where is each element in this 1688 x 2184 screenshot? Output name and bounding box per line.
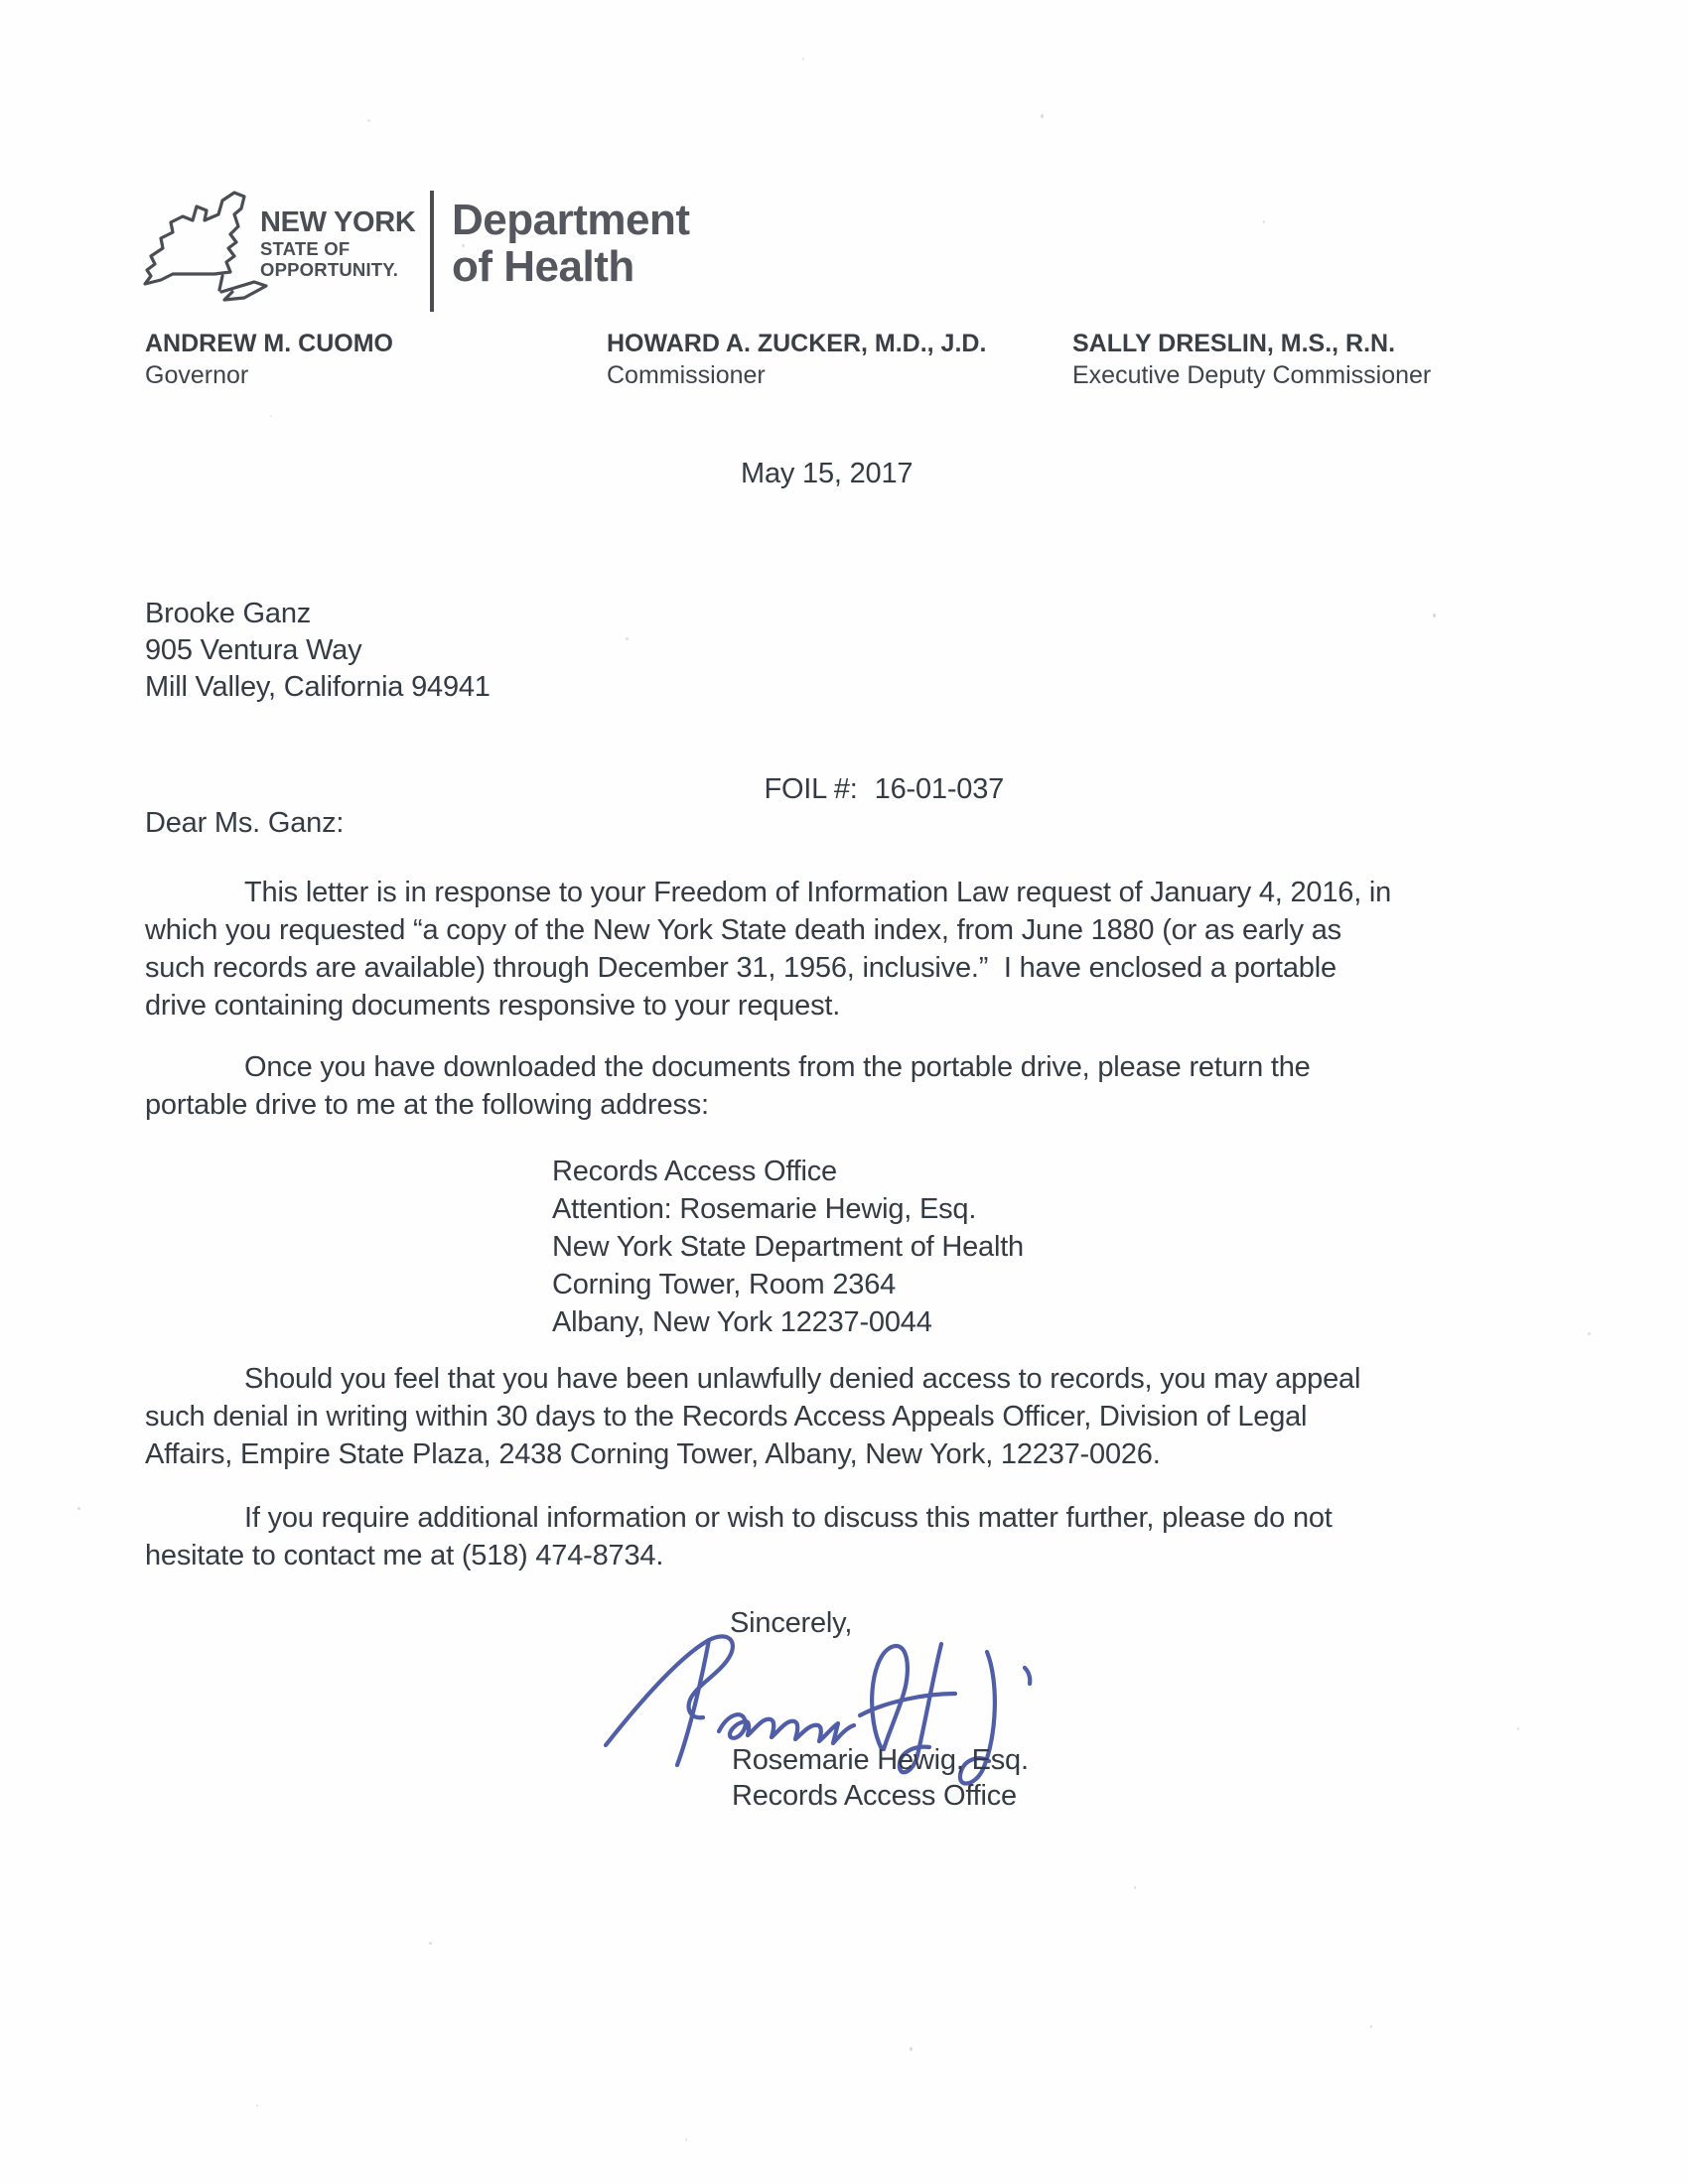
- paragraph-line: hesitate to contact me at (518) 474-8734…: [145, 1537, 1333, 1574]
- return-address-line: New York State Department of Health: [552, 1228, 1024, 1266]
- official-title: Executive Deputy Commissioner: [1072, 359, 1431, 391]
- department-name: Department of Health: [452, 197, 690, 290]
- return-address-line: Albany, New York 12237-0044: [552, 1303, 1024, 1341]
- paragraph-line: Affairs, Empire State Plaza, 2438 Cornin…: [145, 1435, 1360, 1473]
- paragraph-line: Once you have downloaded the documents f…: [145, 1048, 1311, 1086]
- official-name: ANDREW M. CUOMO: [145, 328, 393, 359]
- scanned-letter-page: NEW YORK STATE OF OPPORTUNITY. Departmen…: [0, 0, 1688, 2184]
- return-address-line: Records Access Office: [552, 1153, 1024, 1190]
- official-name: HOWARD A. ZUCKER, M.D., J.D.: [607, 328, 986, 359]
- department-line-1: Department: [452, 197, 690, 243]
- paragraph-line: such records are available) through Dece…: [145, 949, 1391, 987]
- salutation: Dear Ms. Ganz:: [145, 804, 344, 842]
- foil-reference: FOIL #:16-01-037: [733, 733, 1004, 846]
- paragraph-line: Should you feel that you have been unlaw…: [145, 1360, 1360, 1398]
- paragraph-line: which you requested “a copy of the New Y…: [145, 911, 1391, 949]
- foil-reference-number: 16-01-037: [875, 770, 1004, 808]
- recipient-address-block: Brooke Ganz 905 Ventura Way Mill Valley,…: [145, 596, 491, 706]
- paragraph-line: drive containing documents responsive to…: [145, 987, 1391, 1024]
- official-commissioner: HOWARD A. ZUCKER, M.D., J.D. Commissione…: [607, 328, 986, 391]
- letter-date: May 15, 2017: [741, 455, 913, 492]
- return-address-line: Corning Tower, Room 2364: [552, 1266, 1024, 1303]
- foil-reference-label: FOIL #:: [764, 770, 857, 808]
- paragraph-2: Once you have downloaded the documents f…: [145, 1048, 1311, 1124]
- signer-name: Rosemarie Hewig, Esq.: [732, 1741, 1029, 1779]
- wordmark-tagline-2: OPPORTUNITY.: [260, 259, 416, 280]
- recipient-name: Brooke Ganz: [145, 596, 491, 632]
- paragraph-line: If you require additional information or…: [145, 1499, 1333, 1537]
- paragraph-3: Should you feel that you have been unlaw…: [145, 1360, 1360, 1473]
- recipient-city: Mill Valley, California 94941: [145, 669, 491, 706]
- official-governor: ANDREW M. CUOMO Governor: [145, 328, 393, 391]
- official-deputy-commissioner: SALLY DRESLIN, M.S., R.N. Executive Depu…: [1072, 328, 1431, 391]
- paragraph-line: such denial in writing within 30 days to…: [145, 1398, 1360, 1435]
- wordmark-tagline-1: STATE OF: [260, 238, 416, 259]
- ny-state-wordmark: NEW YORK STATE OF OPPORTUNITY.: [260, 207, 416, 280]
- department-line-2: of Health: [452, 243, 690, 290]
- paragraph-4: If you require additional information or…: [145, 1499, 1333, 1574]
- paragraph-line: portable drive to me at the following ad…: [145, 1086, 1311, 1124]
- official-title: Governor: [145, 359, 393, 391]
- return-address-line: Attention: Rosemarie Hewig, Esq.: [552, 1190, 1024, 1228]
- official-name: SALLY DRESLIN, M.S., R.N.: [1072, 328, 1431, 359]
- signer-office: Records Access Office: [732, 1777, 1017, 1815]
- paragraph-1: This letter is in response to your Freed…: [145, 874, 1391, 1024]
- official-title: Commissioner: [607, 359, 986, 391]
- return-address-block: Records Access Office Attention: Rosemar…: [552, 1153, 1024, 1341]
- recipient-street: 905 Ventura Way: [145, 632, 491, 669]
- wordmark-state-name: NEW YORK: [260, 207, 416, 238]
- paragraph-line: This letter is in response to your Freed…: [145, 874, 1391, 911]
- letterhead-divider: [430, 191, 434, 312]
